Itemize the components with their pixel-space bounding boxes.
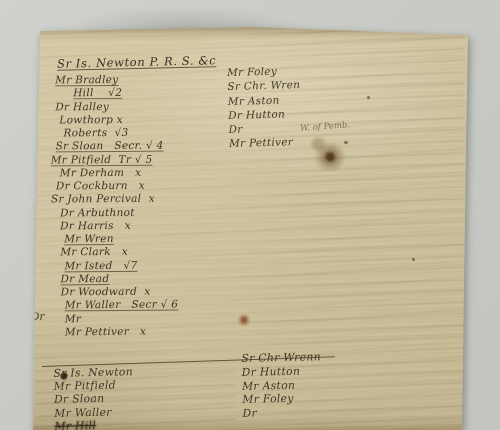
list-item: Mr Waller Secr √ 6 — [65, 299, 179, 313]
speck — [344, 141, 348, 144]
list-item: Dr Halley — [55, 100, 177, 114]
list-item: Mr Clark x — [60, 246, 178, 260]
bottom-right-column: Sr Chr Wrenn Dr Hutton Mr Aston Mr Foley… — [241, 350, 322, 421]
list-item: Dr Arbuthnot — [60, 206, 178, 220]
faint-annotation: W. of Pemb, — [300, 120, 351, 133]
list-item: Mr Derham x — [60, 166, 178, 180]
list-item: Roberts √3 — [63, 127, 177, 141]
list-item: Dr Cockburn x — [56, 180, 178, 194]
small-stain — [237, 313, 251, 327]
list-item: Mr Bradley — [55, 74, 177, 88]
list-item: Mr Pitfield Tr √ 5 — [51, 153, 178, 167]
top-right-column: Mr Foley Sr Chr. Wren Mr Aston Dr Hutton… — [227, 64, 302, 152]
paper-shadow: Sr Is. Newton P. R. S. &c Mr Bradley Hil… — [0, 0, 500, 430]
list-item: Sr Chr Wrenn — [241, 350, 321, 365]
top-left-column: Mr Bradley Hill √2 Dr Halley Lowthorp x … — [46, 74, 178, 340]
list-item: Lowthorp x — [59, 113, 177, 127]
list-item: Mr Isted √7 — [64, 259, 178, 273]
list-item-crossed-out: Mr Hill — [54, 418, 134, 430]
speck — [412, 258, 415, 261]
page-title: Sr Is. Newton P. R. S. &c — [57, 53, 217, 71]
list-item: Sr John Percival x — [51, 193, 178, 207]
list-item: Dr Woodward x — [61, 286, 179, 300]
manuscript-paper: Sr Is. Newton P. R. S. &c Mr Bradley Hil… — [0, 0, 500, 430]
list-item: Mr — [65, 312, 179, 326]
margin-note: Dr — [31, 311, 45, 323]
list-item: Sr Chr. Wren — [227, 78, 300, 94]
list-item: Mr Wren — [64, 233, 178, 247]
paper-top-edge — [33, 27, 468, 41]
list-item: Dr Mead — [60, 272, 178, 286]
list-item: Mr Pettiver x — [65, 325, 179, 339]
list-item: Dr Harris x — [60, 219, 178, 233]
speck — [367, 96, 370, 99]
list-item: Mr Pettiver — [229, 135, 302, 151]
list-item: Sr Sloan Secr. √ 4 — [56, 140, 178, 154]
bottom-left-column: Sr Is. Newton Mr Pitfield Dr Sloan Mr Wa… — [53, 365, 134, 430]
list-item: Sr Is. Newton — [53, 365, 133, 380]
list-item: Hill √2 — [73, 87, 177, 101]
photo-background: Sr Is. Newton P. R. S. &c Mr Bradley Hil… — [0, 0, 500, 430]
list-item: Dr — [242, 405, 322, 420]
